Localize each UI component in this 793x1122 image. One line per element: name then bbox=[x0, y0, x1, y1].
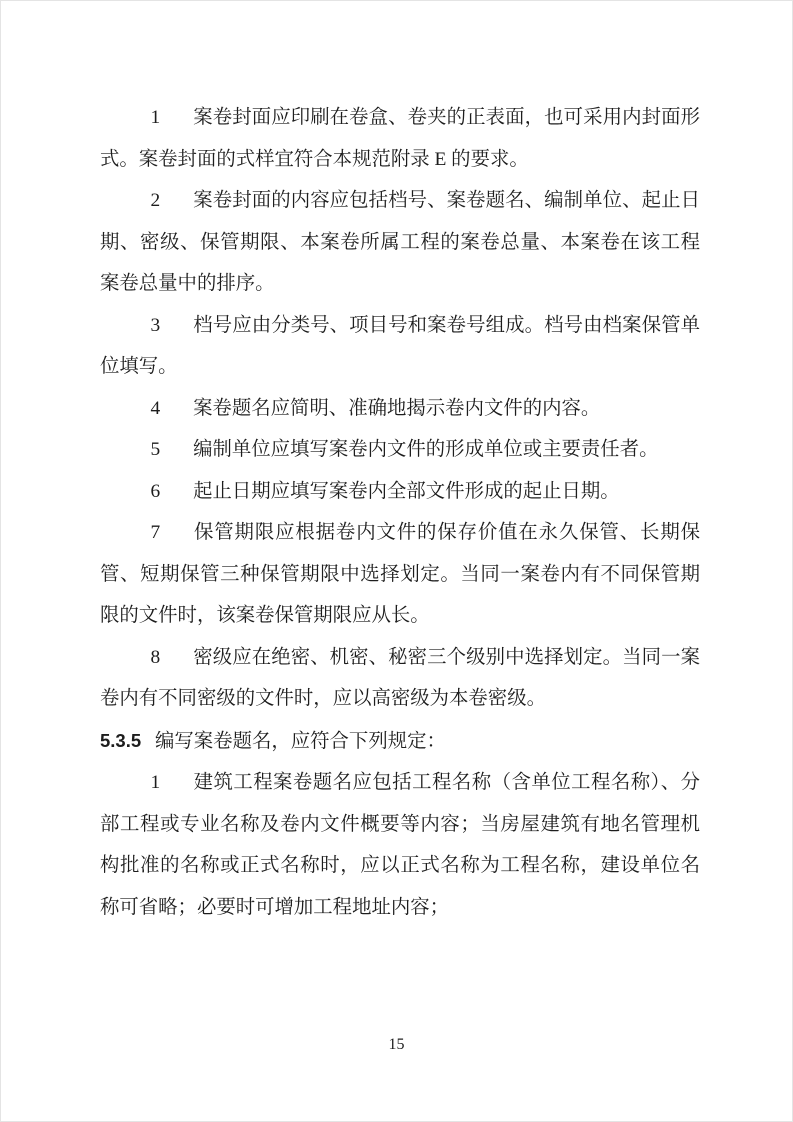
item-text: 案卷题名应简明、准确地揭示卷内文件的内容。 bbox=[193, 398, 600, 419]
item-text: 案卷封面的内容应包括档号、案卷题名、编制单位、起止日期、密级、保管期限、本案卷所… bbox=[100, 190, 700, 294]
list-item-4: 4案卷题名应简明、准确地揭示卷内文件的内容。 bbox=[100, 388, 700, 430]
clause-text: 编写案卷题名，应符合下列规定： bbox=[155, 731, 446, 752]
list-item-5-3-5-1: 1建筑工程案卷题名应包括工程名称（含单位工程名称）、分部工程或专业名称及卷内文件… bbox=[100, 762, 700, 928]
list-item-7: 7保管期限应根据卷内文件的保存价值在永久保管、长期保管、短期保管三种保管期限中选… bbox=[100, 512, 700, 637]
list-item-3: 3档号应由分类号、项目号和案卷号组成。档号由档案保管单位填写。 bbox=[100, 305, 700, 388]
list-item-2: 2案卷封面的内容应包括档号、案卷题名、编制单位、起止日期、密级、保管期限、本案卷… bbox=[100, 180, 700, 305]
document-page: { "page": { "background": "#ffffff", "te… bbox=[0, 0, 793, 1122]
list-item-8: 8密级应在绝密、机密、秘密三个级别中选择划定。当同一案卷内有不同密级的文件时，应… bbox=[100, 637, 700, 720]
document-body: 1案卷封面应印刷在卷盒、卷夹的正表面，也可采用内封面形式。案卷封面的式样宜符合本… bbox=[100, 97, 700, 928]
item-number: 6 bbox=[150, 481, 160, 502]
item-text: 保管期限应根据卷内文件的保存价值在永久保管、长期保管、短期保管三种保管期限中选择… bbox=[100, 522, 700, 626]
item-number: 3 bbox=[150, 315, 160, 336]
item-number: 4 bbox=[150, 398, 160, 419]
item-text: 档号应由分类号、项目号和案卷号组成。档号由档案保管单位填写。 bbox=[100, 315, 700, 378]
list-item-6: 6起止日期应填写案卷内全部文件形成的起止日期。 bbox=[100, 471, 700, 513]
item-number: 1 bbox=[150, 107, 160, 128]
clause-number: 5.3.5 bbox=[100, 730, 141, 751]
item-number: 1 bbox=[150, 772, 160, 793]
item-number: 5 bbox=[150, 439, 160, 460]
item-number: 7 bbox=[150, 522, 160, 543]
clause-5-3-5: 5.3.5编写案卷题名，应符合下列规定： bbox=[100, 720, 700, 763]
list-item-5: 5编制单位应填写案卷内文件的形成单位或主要责任者。 bbox=[100, 429, 700, 471]
item-text: 密级应在绝密、机密、秘密三个级别中选择划定。当同一案卷内有不同密级的文件时，应以… bbox=[100, 647, 700, 710]
list-item-1: 1案卷封面应印刷在卷盒、卷夹的正表面，也可采用内封面形式。案卷封面的式样宜符合本… bbox=[100, 97, 700, 180]
page-number: 15 bbox=[0, 1036, 793, 1054]
item-text: 起止日期应填写案卷内全部文件形成的起止日期。 bbox=[193, 481, 620, 502]
item-text: 案卷封面应印刷在卷盒、卷夹的正表面，也可采用内封面形式。案卷封面的式样宜符合本规… bbox=[100, 107, 700, 170]
item-number: 2 bbox=[150, 190, 160, 211]
item-text: 编制单位应填写案卷内文件的形成单位或主要责任者。 bbox=[193, 439, 658, 460]
item-text: 建筑工程案卷题名应包括工程名称（含单位工程名称）、分部工程或专业名称及卷内文件概… bbox=[100, 772, 700, 918]
item-number: 8 bbox=[150, 647, 160, 668]
